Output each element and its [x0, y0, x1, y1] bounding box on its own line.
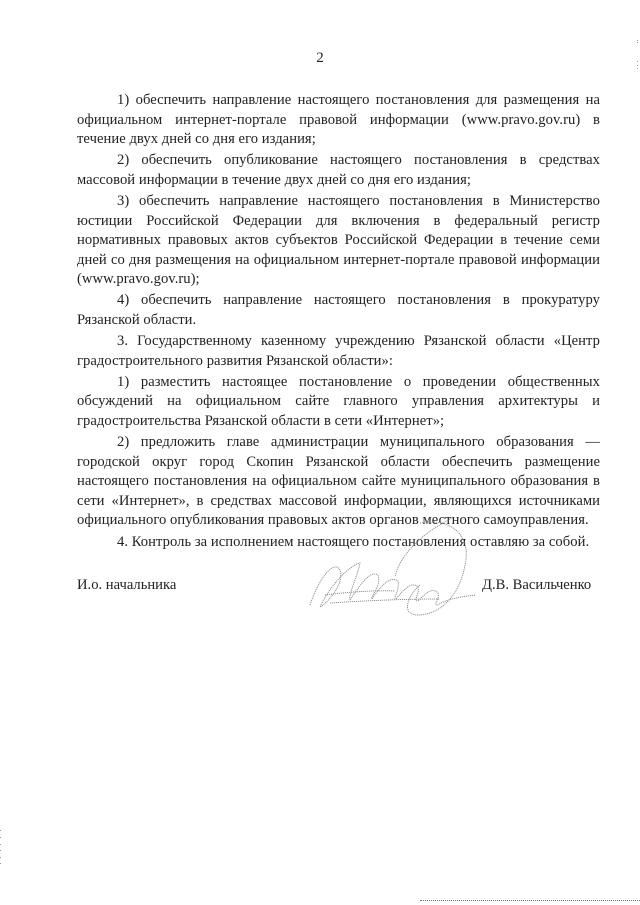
signatory-title: И.о. начальника	[77, 577, 176, 594]
paragraph-item-2: 2) обеспечить опубликование настоящего п…	[77, 151, 600, 190]
scan-margin-marks-left	[0, 830, 2, 870]
document-body: 1) обеспечить направление настоящего пос…	[77, 91, 600, 554]
page-number: 2	[0, 50, 640, 67]
paragraph-section-3-item-1: 1) разместить настоящее постановление о …	[77, 373, 600, 432]
signatory-name: Д.В. Васильченко	[482, 577, 591, 594]
paragraph-item-4: 4) обеспечить направление настоящего пос…	[77, 291, 600, 330]
paragraph-item-3: 3) обеспечить направление настоящего пос…	[77, 192, 600, 290]
document-page: 2 1) обеспечить направление настоящего п…	[0, 0, 640, 905]
paragraph-item-1: 1) обеспечить направление настоящего пос…	[77, 91, 600, 150]
signature-block: И.о. начальника Д.В. Васильченко	[0, 560, 640, 620]
scan-bottom-edge	[420, 900, 640, 905]
paragraph-section-3: 3. Государственному казенному учреждению…	[77, 332, 600, 371]
handwritten-signature-icon	[300, 515, 480, 625]
scan-margin-marks	[637, 40, 639, 70]
